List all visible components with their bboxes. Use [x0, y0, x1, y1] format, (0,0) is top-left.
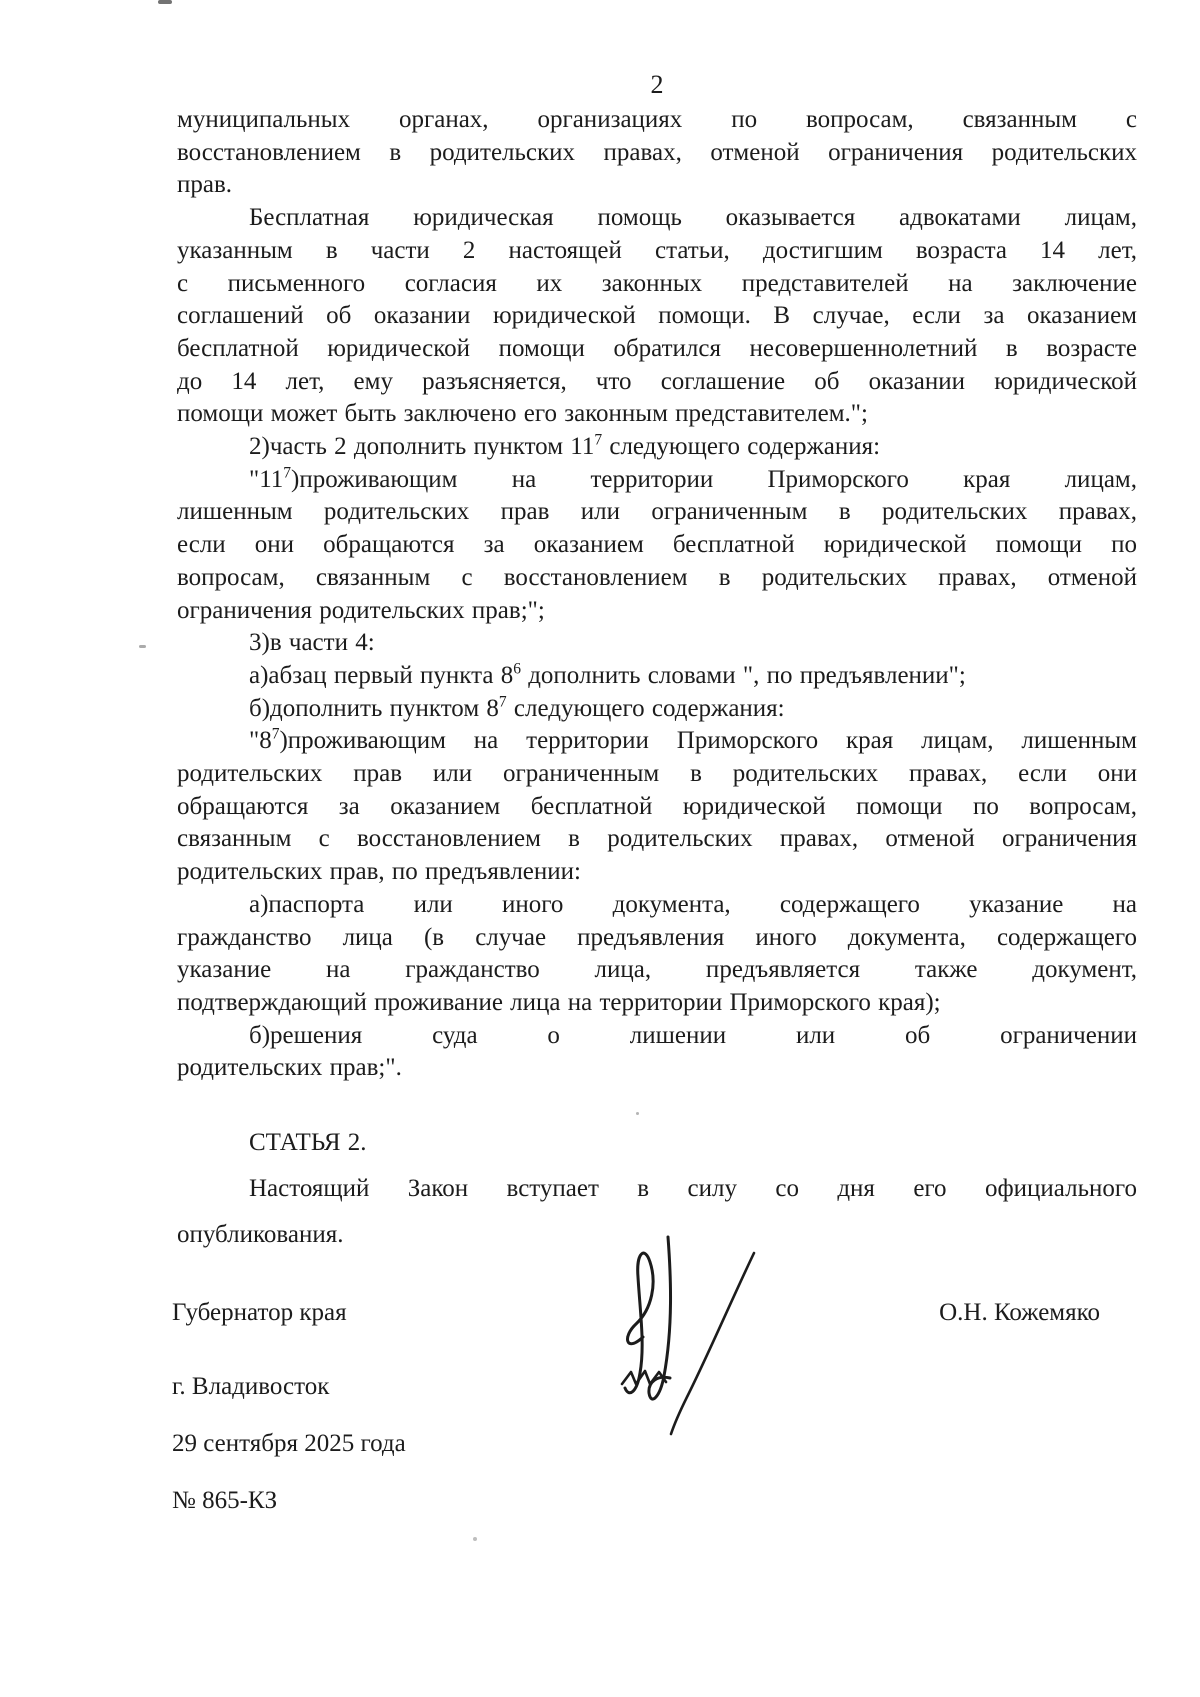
handwritten-signature-icon	[580, 1225, 790, 1440]
superscript: 7	[594, 432, 602, 449]
text-segment: бесплатной юридической помощи обратился …	[177, 335, 1137, 362]
footer-city: г. Владивосток	[172, 1358, 406, 1415]
text-segment: "8	[249, 727, 272, 754]
text-segment: подтверждающий проживание лица на террит…	[177, 989, 941, 1016]
text-segment: а)паспорта или иного документа, содержащ…	[249, 891, 1137, 918]
text-segment: 3)в части 4:	[249, 629, 375, 656]
text-segment: лишенным родительских прав или ограничен…	[177, 498, 1137, 525]
text-line: б)дополнить пунктом 87 следующего содерж…	[177, 693, 1137, 726]
text-segment: СТАТЬЯ 2.	[249, 1129, 367, 1156]
text-segment: муниципальных органах, организациях по в…	[177, 106, 1137, 133]
text-line: а)паспорта или иного документа, содержащ…	[177, 889, 1137, 922]
text-line: указанным в части 2 настоящей статьи, до…	[177, 235, 1137, 268]
text-line: прав.	[177, 169, 1137, 202]
text-line: СТАТЬЯ 2.	[177, 1120, 1137, 1166]
text-segment: Настоящий Закон вступает в силу со дня е…	[249, 1175, 1137, 1202]
text-line: "87)проживающим на территории Приморског…	[177, 725, 1137, 758]
scan-speck	[636, 1112, 639, 1115]
text-line: указание на гражданство лица, предъявляе…	[177, 954, 1137, 987]
text-line: муниципальных органах, организациях по в…	[177, 104, 1137, 137]
text-line: бесплатной юридической помощи обратился …	[177, 333, 1137, 366]
text-line: вопросам, связанным с восстановлением в …	[177, 562, 1137, 595]
document-page: 2 муниципальных органах, организациях по…	[0, 0, 1200, 1697]
text-line: обращаются за оказанием бесплатной юриди…	[177, 791, 1137, 824]
text-segment: гражданство лица (в случае предъявления …	[177, 924, 1137, 951]
text-line: соглашений об оказании юридической помощ…	[177, 300, 1137, 333]
footer-block: г. Владивосток 29 сентября 2025 года № 8…	[172, 1358, 406, 1529]
text-line: Бесплатная юридическая помощь оказываетс…	[177, 202, 1137, 235]
text-line: б)решения суда о лишении или об ограниче…	[177, 1020, 1137, 1053]
text-segment: б)решения суда о лишении или об ограниче…	[249, 1022, 1137, 1049]
text-segment: ограничения родительских прав;";	[177, 597, 545, 624]
text-segment: Бесплатная юридическая помощь оказываетс…	[249, 204, 1137, 231]
text-segment: родительских прав, по предъявлении:	[177, 858, 581, 885]
text-segment: указание на гражданство лица, предъявляе…	[177, 956, 1137, 983]
text-segment: родительских прав или ограниченным в род…	[177, 760, 1137, 787]
text-segment: )проживающим на территории Приморского к…	[291, 466, 1137, 493]
text-segment: до 14 лет, ему разъясняется, что соглаше…	[177, 368, 1137, 395]
text-segment: указанным в части 2 настоящей статьи, до…	[177, 237, 1137, 264]
superscript: 7	[499, 693, 507, 710]
text-segment: помощи может быть заключено его законным…	[177, 400, 868, 427]
text-line: родительских прав;".	[177, 1052, 1137, 1085]
paragraph: 2)часть 2 дополнить пунктом 117 следующе…	[177, 431, 1137, 464]
text-line: гражданство лица (в случае предъявления …	[177, 922, 1137, 955]
text-line: связанным с восстановлением в родительск…	[177, 823, 1137, 856]
text-segment: вопросам, связанным с восстановлением в …	[177, 564, 1137, 591]
text-segment: с письменного согласия их законных предс…	[177, 270, 1137, 297]
paragraph: б)решения суда о лишении или об ограниче…	[177, 1020, 1137, 1085]
text-line: ограничения родительских прав;";	[177, 595, 1137, 628]
text-segment: а)абзац первый пункта 8	[249, 662, 513, 689]
text-line: 3)в части 4:	[177, 627, 1137, 660]
text-segment: )проживающим на территории Приморского к…	[279, 727, 1137, 754]
text-line: с письменного согласия их законных предс…	[177, 268, 1137, 301]
paragraph: Бесплатная юридическая помощь оказываетс…	[177, 202, 1137, 431]
scan-speck	[139, 645, 146, 648]
document-body: муниципальных органах, организациях по в…	[177, 104, 1137, 1085]
text-line: Настоящий Закон вступает в силу со дня е…	[177, 1166, 1137, 1212]
superscript: 7	[283, 464, 291, 481]
paragraph: СТАТЬЯ 2.	[177, 1120, 1137, 1166]
text-line: восстановлением в родительских правах, о…	[177, 137, 1137, 170]
page-number: 2	[177, 68, 1137, 101]
paragraph: а)паспорта или иного документа, содержащ…	[177, 889, 1137, 1020]
text-segment: обращаются за оказанием бесплатной юриди…	[177, 793, 1137, 820]
text-segment: если они обращаются за оказанием бесплат…	[177, 531, 1137, 558]
scan-speck	[473, 1537, 477, 1541]
paragraph: "117)проживающим на территории Приморско…	[177, 464, 1137, 628]
text-line: если они обращаются за оказанием бесплат…	[177, 529, 1137, 562]
paragraph: а)абзац первый пункта 86 дополнить слова…	[177, 660, 1137, 693]
text-segment: опубликования.	[177, 1221, 343, 1248]
text-line: подтверждающий проживание лица на террит…	[177, 987, 1137, 1020]
paragraph: б)дополнить пунктом 87 следующего содерж…	[177, 693, 1137, 726]
text-segment: родительских прав;".	[177, 1054, 402, 1081]
signatory-name: О.Н. Кожемяко	[939, 1299, 1100, 1326]
text-segment: восстановлением в родительских правах, о…	[177, 139, 1137, 166]
signatory-title: Губернатор края	[172, 1299, 347, 1326]
text-line: 2)часть 2 дополнить пунктом 117 следующе…	[177, 431, 1137, 464]
paragraph: 3)в части 4:	[177, 627, 1137, 660]
text-line: лишенным родительских прав или ограничен…	[177, 496, 1137, 529]
text-line: "117)проживающим на территории Приморско…	[177, 464, 1137, 497]
text-segment: "11	[249, 466, 283, 493]
text-line: помощи может быть заключено его законным…	[177, 398, 1137, 431]
footer-number: № 865-КЗ	[172, 1472, 406, 1529]
text-line: родительских прав или ограниченным в род…	[177, 758, 1137, 791]
text-line: родительских прав, по предъявлении:	[177, 856, 1137, 889]
text-segment: б)дополнить пунктом 8	[249, 695, 499, 722]
text-segment: 2)часть 2 дополнить пунктом 11	[249, 433, 594, 460]
paragraph: муниципальных органах, организациях по в…	[177, 104, 1137, 202]
text-segment: прав.	[177, 171, 232, 198]
superscript: 6	[513, 661, 521, 678]
text-segment: дополнить словами ", по предъявлении";	[521, 662, 966, 689]
text-line: до 14 лет, ему разъясняется, что соглаше…	[177, 366, 1137, 399]
text-segment: следующего содержания:	[507, 695, 785, 722]
text-segment: соглашений об оказании юридической помощ…	[177, 302, 1137, 329]
paragraph: "87)проживающим на территории Приморског…	[177, 725, 1137, 889]
footer-date: 29 сентября 2025 года	[172, 1415, 406, 1472]
scan-speck	[158, 0, 172, 4]
text-segment: связанным с восстановлением в родительск…	[177, 825, 1137, 852]
text-line: а)абзац первый пункта 86 дополнить слова…	[177, 660, 1137, 693]
text-segment: следующего содержания:	[602, 433, 880, 460]
